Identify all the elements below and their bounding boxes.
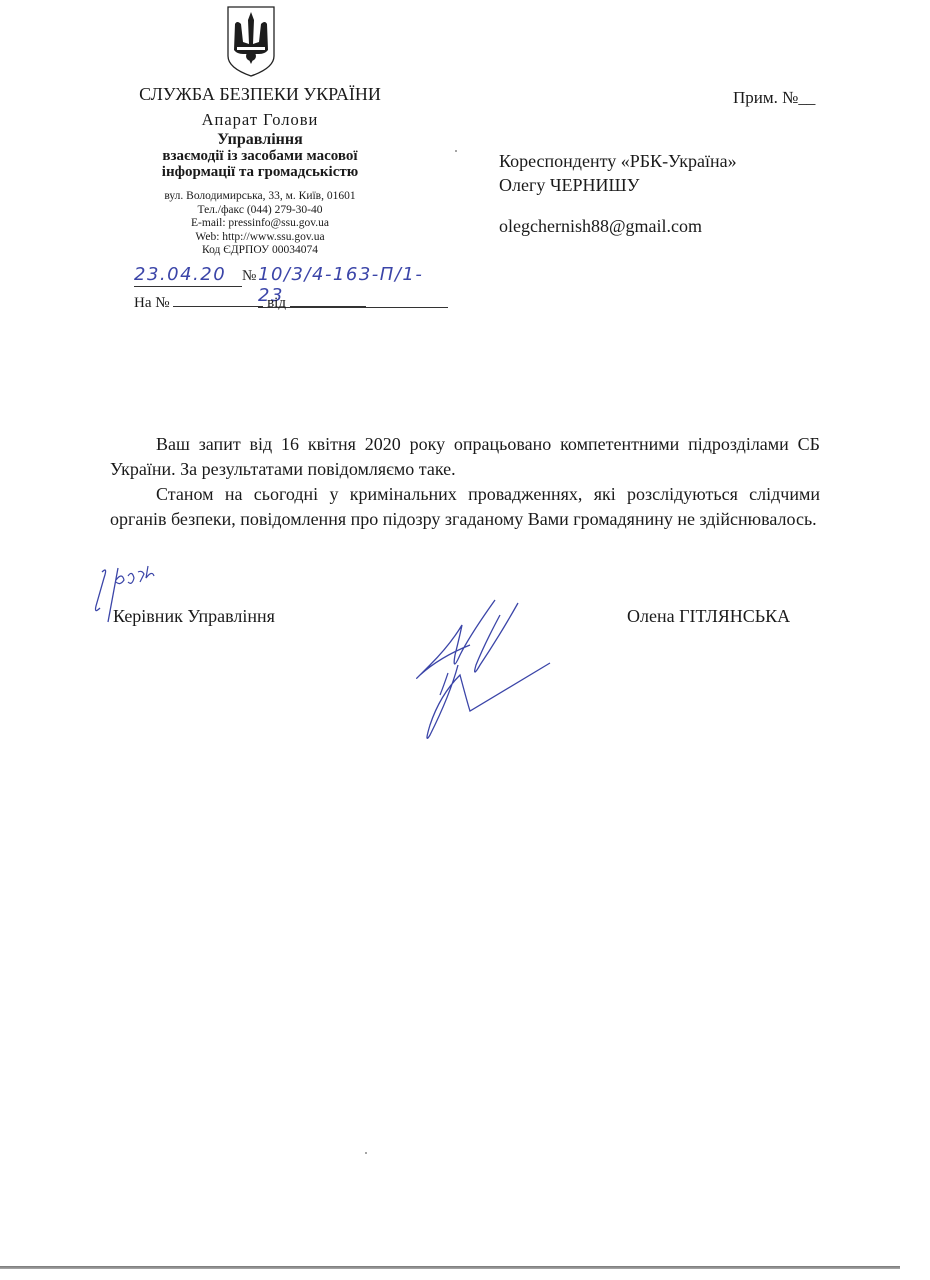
registration-number-label: № [242,268,256,285]
copy-note: Прим. №__ [733,88,815,108]
scan-speck [365,1152,367,1154]
handwritten-signature [400,595,560,755]
body-paragraph-1: Ваш запит від 16 квітня 2020 року опраць… [110,432,820,482]
reply-from-label: від [267,295,286,311]
department-subtitle-line-2: інформації та громадськістю [110,164,410,180]
department-subtitle: взаємодії із засобами масової інформації… [110,148,410,180]
organization-name: СЛУЖБА БЕЗПЕКИ УКРАЇНИ [110,84,410,105]
department-subtitle-line-1: взаємодії із засобами масової [110,148,410,164]
reply-reference-line: На № від [134,294,366,312]
email-address: E-mail: pressinfo@ssu.gov.ua [110,217,410,231]
letter-body: Ваш запит від 16 квітня 2020 року опраць… [110,432,820,532]
scan-speck [455,150,457,152]
contact-block: вул. Володимирська, 33, м. Київ, 01601 Т… [110,190,410,258]
registration-line: 23.04.20 № 10/3/4-163-П/1-23 [132,262,472,288]
apparatus-name: Апарат Голови [110,110,410,130]
phone-fax: Тел./факс (044) 279-30-40 [110,204,410,218]
recipient-email: olegchernish88@gmail.com [499,216,702,237]
recipient-line-2: Олегу ЧЕРНИШУ [499,173,737,197]
signatory-role: Керівник Управління [113,606,275,627]
signatory-name: Олена ГІТЛЯНСЬКА [627,606,790,627]
edrpou-code: Код ЄДРПОУ 00034074 [110,244,410,258]
address: вул. Володимирська, 33, м. Київ, 01601 [110,190,410,204]
registration-date: 23.04.20 [134,264,242,287]
recipient-block: Кореспонденту «РБК-Україна» Олегу ЧЕРНИШ… [499,149,737,197]
department-title: Управління [110,132,410,148]
body-paragraph-2: Станом на сьогодні у кримінальних провад… [110,482,820,532]
scan-edge-line [0,1266,900,1269]
tryzub-coat-of-arms-icon [225,4,277,78]
reply-date-blank [290,294,366,307]
reply-number-blank [173,294,263,307]
recipient-line-1: Кореспонденту «РБК-Україна» [499,149,737,173]
website: Web: http://www.ssu.gov.ua [110,231,410,245]
reply-to-label: На № [134,295,170,311]
